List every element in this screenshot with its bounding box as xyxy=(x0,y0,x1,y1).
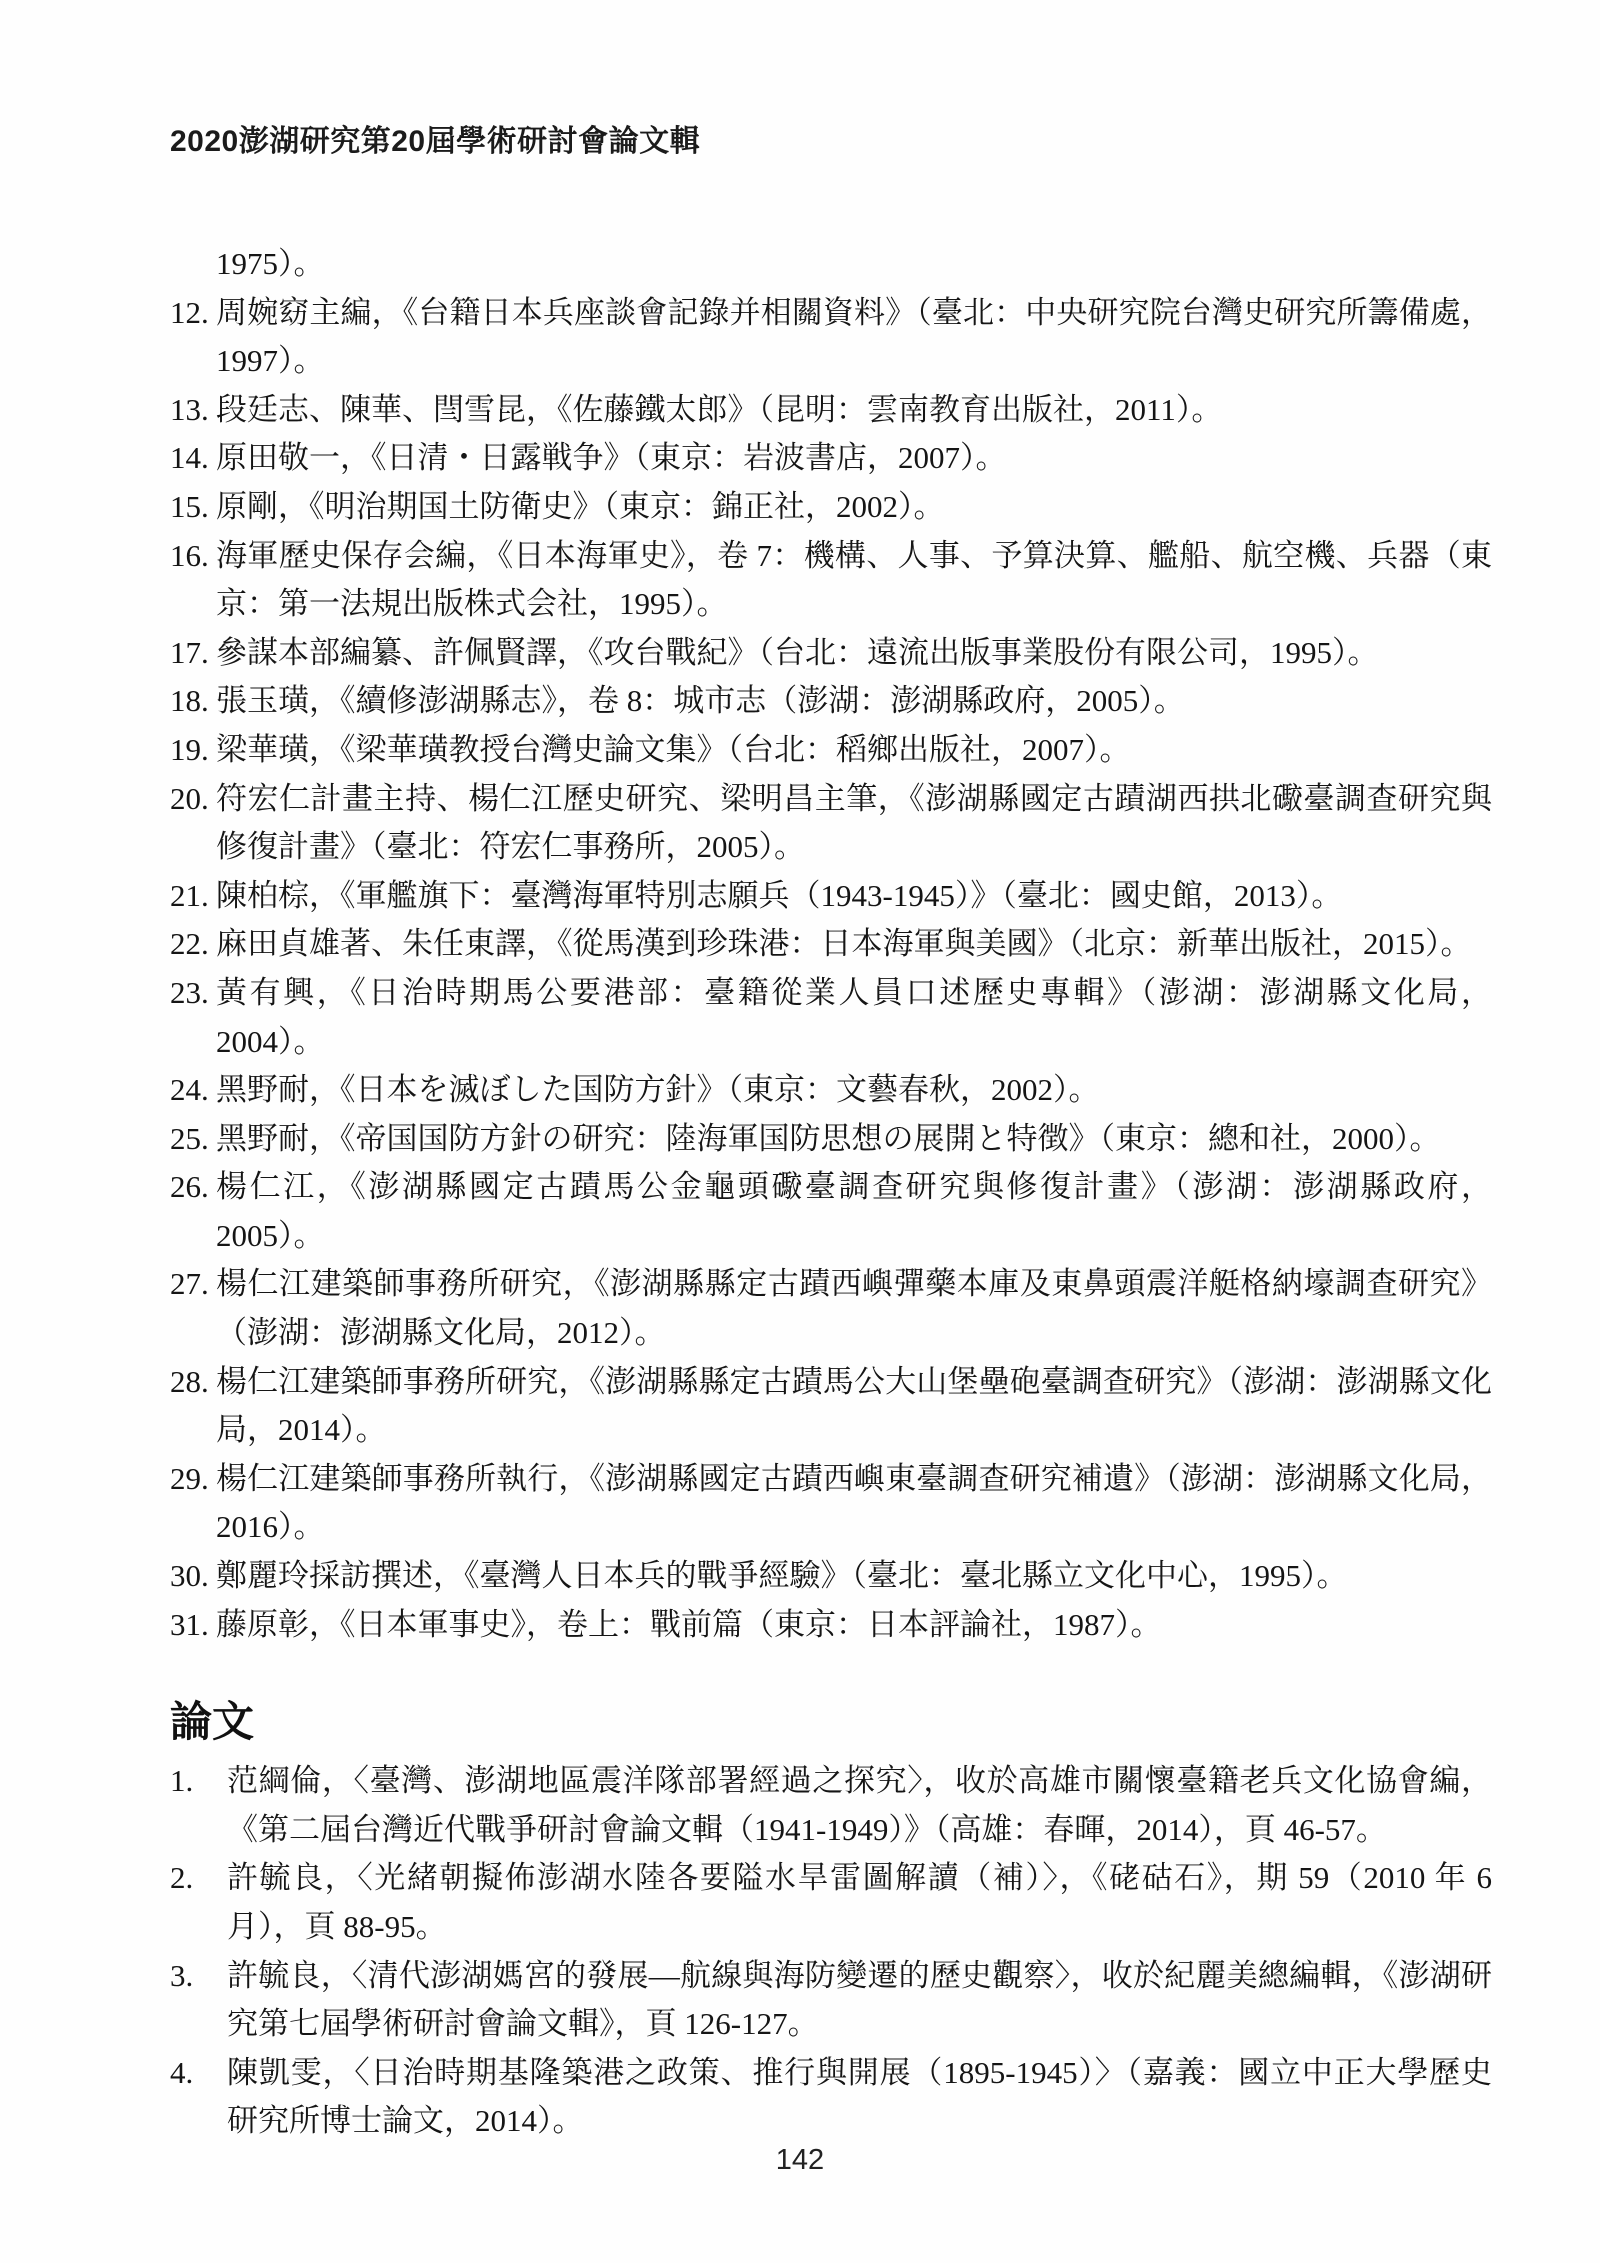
reference-number: 22. xyxy=(170,920,209,969)
reference-item: 21.陳柏棕，《軍艦旗下：臺灣海軍特別志願兵（1943-1945）》（臺北：國史… xyxy=(170,872,1492,921)
reference-text: 原剛，《明治期国土防衛史》（東京：錦正社，2002）。 xyxy=(216,489,945,524)
reference-item: 27.楊仁江建築師事務所研究，《澎湖縣縣定古蹟西嶼彈藥本庫及東鼻頭震洋艇格納壕調… xyxy=(170,1260,1492,1357)
reference-number: 17. xyxy=(170,629,209,678)
section-title-papers: 論文 xyxy=(170,1699,1492,1745)
reference-item: 23.黃有興，《日治時期馬公要港部：臺籍從業人員口述歷史專輯》（澎湖：澎湖縣文化… xyxy=(170,969,1492,1066)
reference-item: 28.楊仁江建築師事務所研究，《澎湖縣縣定古蹟馬公大山堡壘砲臺調查研究》（澎湖：… xyxy=(170,1358,1492,1455)
paper-item: 1.范綱倫，〈臺灣、澎湖地區震洋隊部署經過之探究〉，收於高雄市關懷臺籍老兵文化協… xyxy=(170,1757,1492,1854)
reference-text: 楊仁江建築師事務所研究，《澎湖縣縣定古蹟馬公大山堡壘砲臺調查研究》（澎湖：澎湖縣… xyxy=(216,1364,1492,1448)
reference-number: 18. xyxy=(170,677,209,726)
reference-number: 20. xyxy=(170,775,209,824)
paper-item: 4.陳凱雯，〈日治時期基隆築港之政策、推行與開展（1895-1945）〉（嘉義：… xyxy=(170,2049,1492,2146)
reference-item: 25.黑野耐，《帝国国防方針の研究：陸海軍国防思想の展開と特徴》（東京：總和社，… xyxy=(170,1115,1492,1164)
reference-text: 黑野耐，《日本を滅ぼした国防方針》（東京：文藝春秋，2002）。 xyxy=(216,1072,1100,1107)
reference-text: 鄭麗玲採訪撰述，《臺灣人日本兵的戰爭經驗》（臺北：臺北縣立文化中心，1995）。 xyxy=(216,1558,1348,1593)
reference-text: 黑野耐，《帝国国防方針の研究：陸海軍国防思想の展開と特徴》（東京：總和社，200… xyxy=(216,1121,1441,1156)
reference-item: 24.黑野耐，《日本を滅ぼした国防方針》（東京：文藝春秋，2002）。 xyxy=(170,1066,1492,1115)
paper-item: 2.許毓良，〈光緒朝擬佈澎湖水陸各要隘水旱雷圖解讀（補）〉，《硓𥑮石》，期 59… xyxy=(170,1854,1492,1951)
reference-item: 12.周婉窈主編，《台籍日本兵座談會記錄并相關資料》（臺北：中央研究院台灣史研究… xyxy=(170,289,1492,386)
reference-item: 19.梁華璜，《梁華璜教授台灣史論文集》（台北：稻鄉出版社，2007）。 xyxy=(170,726,1492,775)
reference-item: 17.參謀本部編纂、許佩賢譯，《攻台戰紀》（台北：遠流出版事業股份有限公司，19… xyxy=(170,629,1492,678)
reference-number: 31. xyxy=(170,1601,209,1650)
reference-number: 27. xyxy=(170,1260,209,1309)
reference-text: 陳柏棕，《軍艦旗下：臺灣海軍特別志願兵（1943-1945）》（臺北：國史館，2… xyxy=(216,878,1342,913)
reference-item: 29.楊仁江建築師事務所執行，《澎湖縣國定古蹟西嶼東臺調查研究補遺》（澎湖：澎湖… xyxy=(170,1455,1492,1552)
reference-text: 麻田貞雄著、朱任東譯，《從馬漢到珍珠港：日本海軍與美國》（北京：新華出版社，20… xyxy=(216,926,1472,961)
reference-item: 31.藤原彰，《日本軍事史》，卷上：戰前篇（東京：日本評論社，1987）。 xyxy=(170,1601,1492,1650)
reference-number: 29. xyxy=(170,1455,209,1504)
reference-text: 張玉璜，《續修澎湖縣志》，卷 8：城市志（澎湖：澎湖縣政府，2005）。 xyxy=(216,683,1185,718)
reference-text: 楊仁江建築師事務所研究，《澎湖縣縣定古蹟西嶼彈藥本庫及東鼻頭震洋艇格納壕調查研究… xyxy=(216,1266,1492,1350)
reference-item: 22.麻田貞雄著、朱任東譯，《從馬漢到珍珠港：日本海軍與美國》（北京：新華出版社… xyxy=(170,920,1492,969)
document-page: 2020澎湖研究第20屆學術研討會論文輯 1975）。 12.周婉窈主編，《台籍… xyxy=(0,0,1600,2263)
reference-text: 符宏仁計畫主持、楊仁江歷史研究、梁明昌主筆，《澎湖縣國定古蹟湖西拱北礮臺調查研究… xyxy=(216,781,1492,865)
reference-text: 許毓良，〈清代澎湖媽宮的發展—航線與海防變遷的歷史觀察〉，收於紀麗美總編輯，《澎… xyxy=(227,1958,1492,2042)
reference-text: 藤原彰，《日本軍事史》，卷上：戰前篇（東京：日本評論社，1987）。 xyxy=(216,1607,1162,1642)
reference-number: 1. xyxy=(170,1757,193,1806)
reference-number: 2. xyxy=(170,1854,193,1903)
reference-text: 范綱倫，〈臺灣、澎湖地區震洋隊部署經過之探究〉，收於高雄市關懷臺籍老兵文化協會編… xyxy=(227,1763,1492,1847)
reference-number: 4. xyxy=(170,2049,193,2098)
reference-item: 13.段廷志、陳華、閆雪昆，《佐藤鐵太郎》（昆明：雲南教育出版社，2011）。 xyxy=(170,386,1492,435)
reference-item: 18.張玉璜，《續修澎湖縣志》，卷 8：城市志（澎湖：澎湖縣政府，2005）。 xyxy=(170,677,1492,726)
reference-number: 21. xyxy=(170,872,209,921)
reference-text: 參謀本部編纂、許佩賢譯，《攻台戰紀》（台北：遠流出版事業股份有限公司，1995）… xyxy=(216,635,1379,670)
page-content: 1975）。 12.周婉窈主編，《台籍日本兵座談會記錄并相關資料》（臺北：中央研… xyxy=(170,240,1492,2146)
bibliography-list: 12.周婉窈主編，《台籍日本兵座談會記錄并相關資料》（臺北：中央研究院台灣史研究… xyxy=(170,289,1492,1650)
reference-item: 16.海軍歷史保存会編，《日本海軍史》，卷 7：機構、人事、予算決算、艦船、航空… xyxy=(170,532,1492,629)
reference-item: 26.楊仁江，《澎湖縣國定古蹟馬公金龜頭礮臺調查研究與修復計畫》（澎湖：澎湖縣政… xyxy=(170,1163,1492,1260)
reference-text: 楊仁江，《澎湖縣國定古蹟馬公金龜頭礮臺調查研究與修復計畫》（澎湖：澎湖縣政府，2… xyxy=(216,1169,1492,1253)
reference-text: 黃有興，《日治時期馬公要港部：臺籍從業人員口述歷史專輯》（澎湖：澎湖縣文化局，2… xyxy=(216,975,1492,1059)
papers-list: 1.范綱倫，〈臺灣、澎湖地區震洋隊部署經過之探究〉，收於高雄市關懷臺籍老兵文化協… xyxy=(170,1757,1492,2146)
reference-number: 23. xyxy=(170,969,209,1018)
reference-item: 15.原剛，《明治期国土防衛史》（東京：錦正社，2002）。 xyxy=(170,483,1492,532)
reference-number: 25. xyxy=(170,1115,209,1164)
reference-item: 20.符宏仁計畫主持、楊仁江歷史研究、梁明昌主筆，《澎湖縣國定古蹟湖西拱北礮臺調… xyxy=(170,775,1492,872)
paper-item: 3.許毓良，〈清代澎湖媽宮的發展—航線與海防變遷的歷史觀察〉，收於紀麗美總編輯，… xyxy=(170,1952,1492,2049)
reference-number: 3. xyxy=(170,1952,193,2001)
reference-item: 30.鄭麗玲採訪撰述，《臺灣人日本兵的戰爭經驗》（臺北：臺北縣立文化中心，199… xyxy=(170,1552,1492,1601)
reference-number: 13. xyxy=(170,386,209,435)
reference-text: 原田敬一，《日清・日露戦争》（東京：岩波書店，2007）。 xyxy=(216,440,1007,475)
reference-number: 19. xyxy=(170,726,209,775)
reference-number: 24. xyxy=(170,1066,209,1115)
reference-number: 14. xyxy=(170,434,209,483)
reference-number: 30. xyxy=(170,1552,209,1601)
reference-text: 周婉窈主編，《台籍日本兵座談會記錄并相關資料》（臺北：中央研究院台灣史研究所籌備… xyxy=(216,295,1492,379)
reference-text: 海軍歷史保存会編，《日本海軍史》，卷 7：機構、人事、予算決算、艦船、航空機、兵… xyxy=(216,538,1492,622)
reference-item: 14.原田敬一，《日清・日露戦争》（東京：岩波書店，2007）。 xyxy=(170,434,1492,483)
reference-text: 許毓良，〈光緒朝擬佈澎湖水陸各要隘水旱雷圖解讀（補）〉，《硓𥑮石》，期 59（2… xyxy=(227,1860,1492,1944)
reference-text: 陳凱雯，〈日治時期基隆築港之政策、推行與開展（1895-1945）〉（嘉義：國立… xyxy=(227,2055,1492,2139)
reference-carryover-line: 1975）。 xyxy=(170,240,1492,289)
reference-number: 26. xyxy=(170,1163,209,1212)
reference-number: 15. xyxy=(170,483,209,532)
reference-text: 楊仁江建築師事務所執行，《澎湖縣國定古蹟西嶼東臺調查研究補遺》（澎湖：澎湖縣文化… xyxy=(216,1461,1492,1545)
reference-number: 16. xyxy=(170,532,209,581)
reference-number: 28. xyxy=(170,1358,209,1407)
running-header: 2020澎湖研究第20屆學術研討會論文輯 xyxy=(170,116,700,160)
reference-text: 段廷志、陳華、閆雪昆，《佐藤鐵太郎》（昆明：雲南教育出版社，2011）。 xyxy=(216,392,1222,427)
reference-number: 12. xyxy=(170,289,209,338)
page-number: 142 xyxy=(0,2144,1600,2177)
reference-text: 梁華璜，《梁華璜教授台灣史論文集》（台北：稻鄉出版社，2007）。 xyxy=(216,732,1131,767)
